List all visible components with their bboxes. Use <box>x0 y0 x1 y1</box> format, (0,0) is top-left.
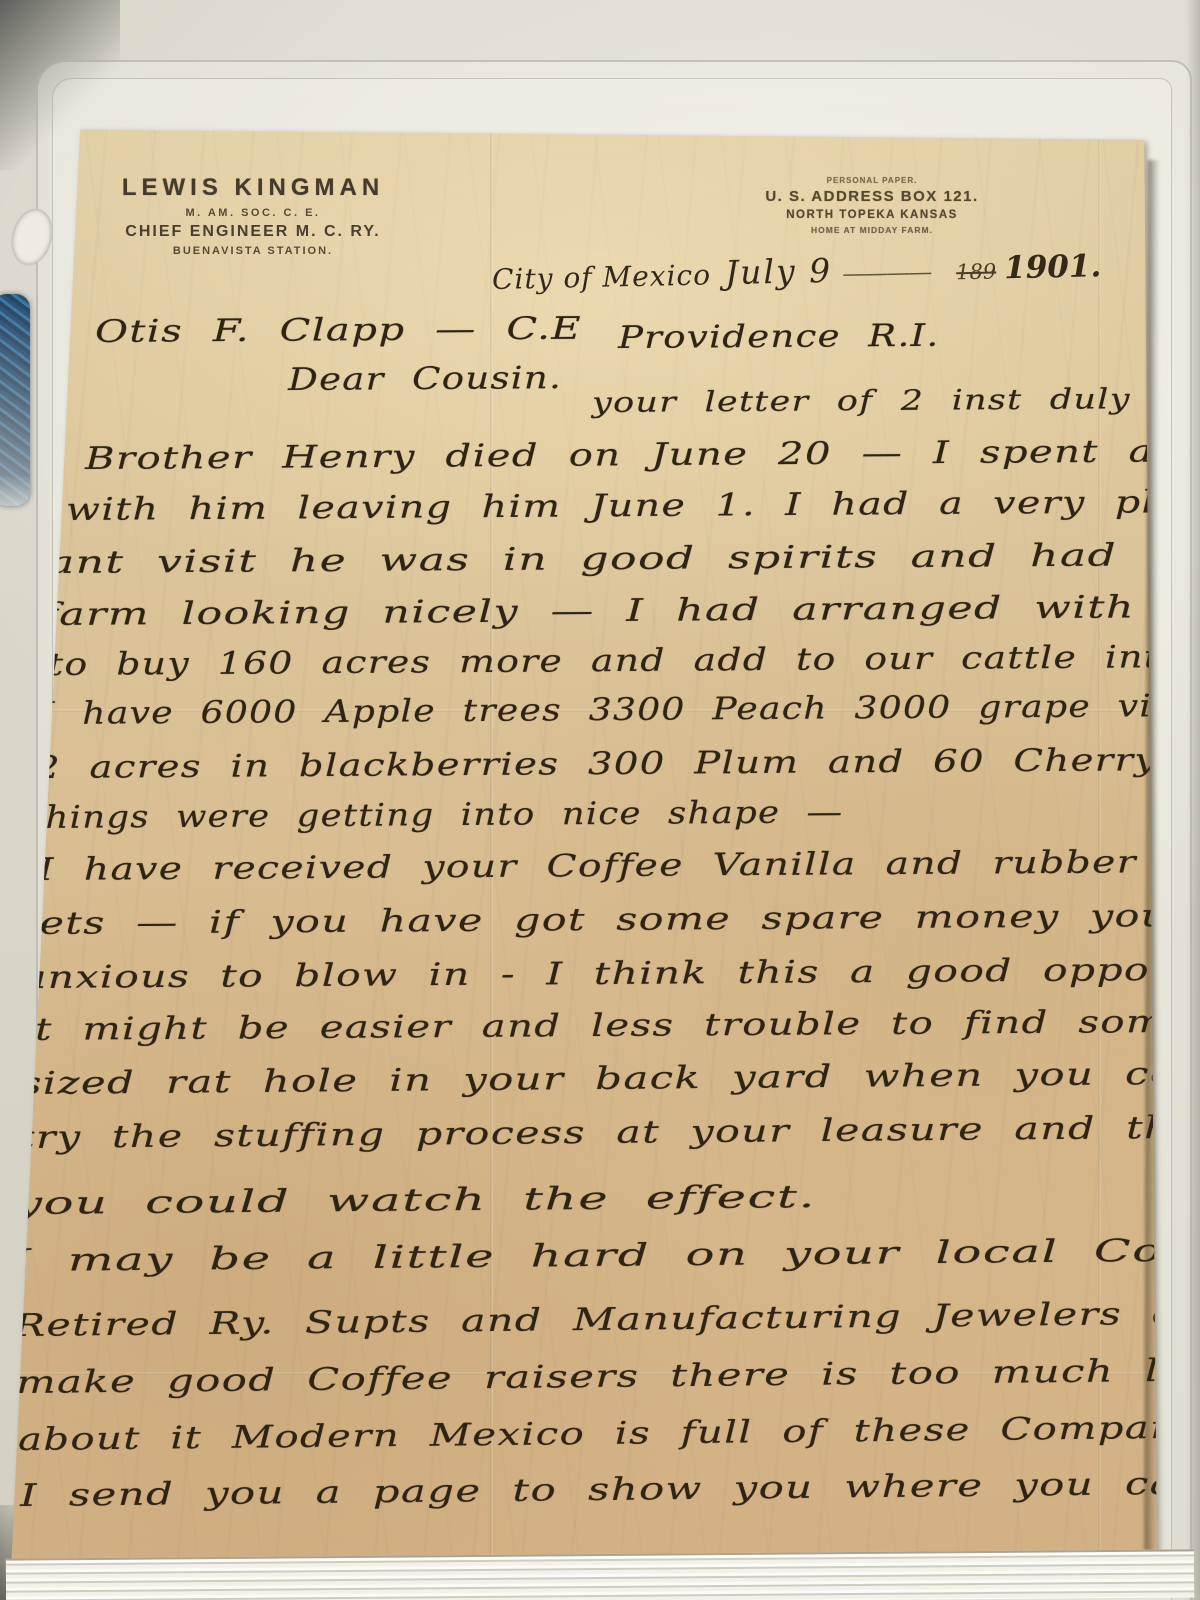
handwritten-line: you could watch the effect. <box>14 1179 816 1222</box>
handwritten-line: lets — if you have got some spare money … <box>25 897 1200 942</box>
handwritten-line: I may be a little hard on your local Co.… <box>12 1232 1200 1279</box>
letterhead-city: NORTH TOPEKA KANSAS <box>722 209 1022 221</box>
handwritten-line: try the stuffing process at your leasure… <box>18 1109 1200 1156</box>
handwritten-line: things were getting into nice shape — <box>30 794 844 836</box>
letterhead-right: PERSONAL PAPER. U. S. ADDRESS BOX 121. N… <box>722 176 1022 235</box>
date-year: 1901. <box>1004 248 1102 286</box>
letter-paper-wrap: LEWIS KINGMAN M. AM. SOC. C. E. CHIEF EN… <box>10 124 1158 1570</box>
letterhead-society: M. AM. SOC. C. E. <box>108 207 398 219</box>
date-day: July 9 <box>725 251 833 292</box>
letter-photo: LEWIS KINGMAN M. AM. SOC. C. E. CHIEF EN… <box>0 0 1200 1600</box>
letterhead-station: BUENAVISTA STATION. <box>108 245 398 257</box>
opening-phrase: your letter of 2 inst duly <box>592 382 1131 419</box>
handwritten-line: ant visit he was in good spirits and had… <box>48 537 1200 581</box>
handwritten-line: make good Coffee raisers there is too mu… <box>16 1352 1200 1401</box>
page-stack-edge <box>6 1549 1194 1600</box>
letterhead-left: LEWIS KINGMAN M. AM. SOC. C. E. CHIEF EN… <box>108 174 398 257</box>
handwritten-line: Retired Ry. Supts and Manufacturing Jewe… <box>14 1295 1200 1344</box>
letterhead-name: LEWIS KINGMAN <box>108 174 398 202</box>
recipient-city: Providence R.I. <box>618 318 940 356</box>
letterhead-personal-paper: PERSONAL PAPER. <box>722 176 1022 185</box>
handwritten-line: It might be easier and less trouble to f… <box>18 1003 1200 1048</box>
date-rule: ———— <box>842 258 931 288</box>
handwritten-line: sized rat hole in your back yard when yo… <box>20 1055 1200 1102</box>
handwritten-line: anxious to blow in - I think this a good… <box>22 951 1200 996</box>
date-printed-year-struck: 189 <box>956 259 997 284</box>
letterhead-title: CHIEF ENGINEER M. C. RY. <box>108 223 398 241</box>
letterhead-home: HOME AT MIDDAY FARM. <box>722 225 1022 235</box>
handwritten-line: Brother Henry died on June 20 — I spent … <box>85 433 1200 477</box>
handwritten-line: with him leaving him June 1. I had a ver… <box>66 484 1200 528</box>
recipient-name: Otis F. Clapp — C.E <box>95 311 582 350</box>
handwritten-line: about it Modern Mexico is full of these … <box>18 1409 1200 1458</box>
handwritten-line: I send you a page to show you where you … <box>20 1465 1200 1514</box>
handwritten-line: I have 6000 Apple trees 3300 Peach 3000 … <box>40 687 1200 732</box>
letter-paper: LEWIS KINGMAN M. AM. SOC. C. E. CHIEF EN… <box>10 124 1158 1570</box>
date-place: City of Mexico <box>492 258 712 296</box>
handwritten-line: farm looking nicely — I had arranged wit… <box>42 589 1200 633</box>
handwritten-line: 2 acres in blackberries 300 Plum and 60 … <box>35 741 1200 786</box>
date-line: City of Mexico July 9 ———— 189 1901. <box>492 245 1102 297</box>
salutation: Dear Cousin. <box>288 360 562 398</box>
letterhead-address: U. S. ADDRESS BOX 121. <box>722 188 1022 205</box>
handwritten-line: I have received your Coffee Vanilla and … <box>38 843 1200 888</box>
handwritten-line: to buy 160 acres more and add to our cat… <box>48 638 1200 683</box>
